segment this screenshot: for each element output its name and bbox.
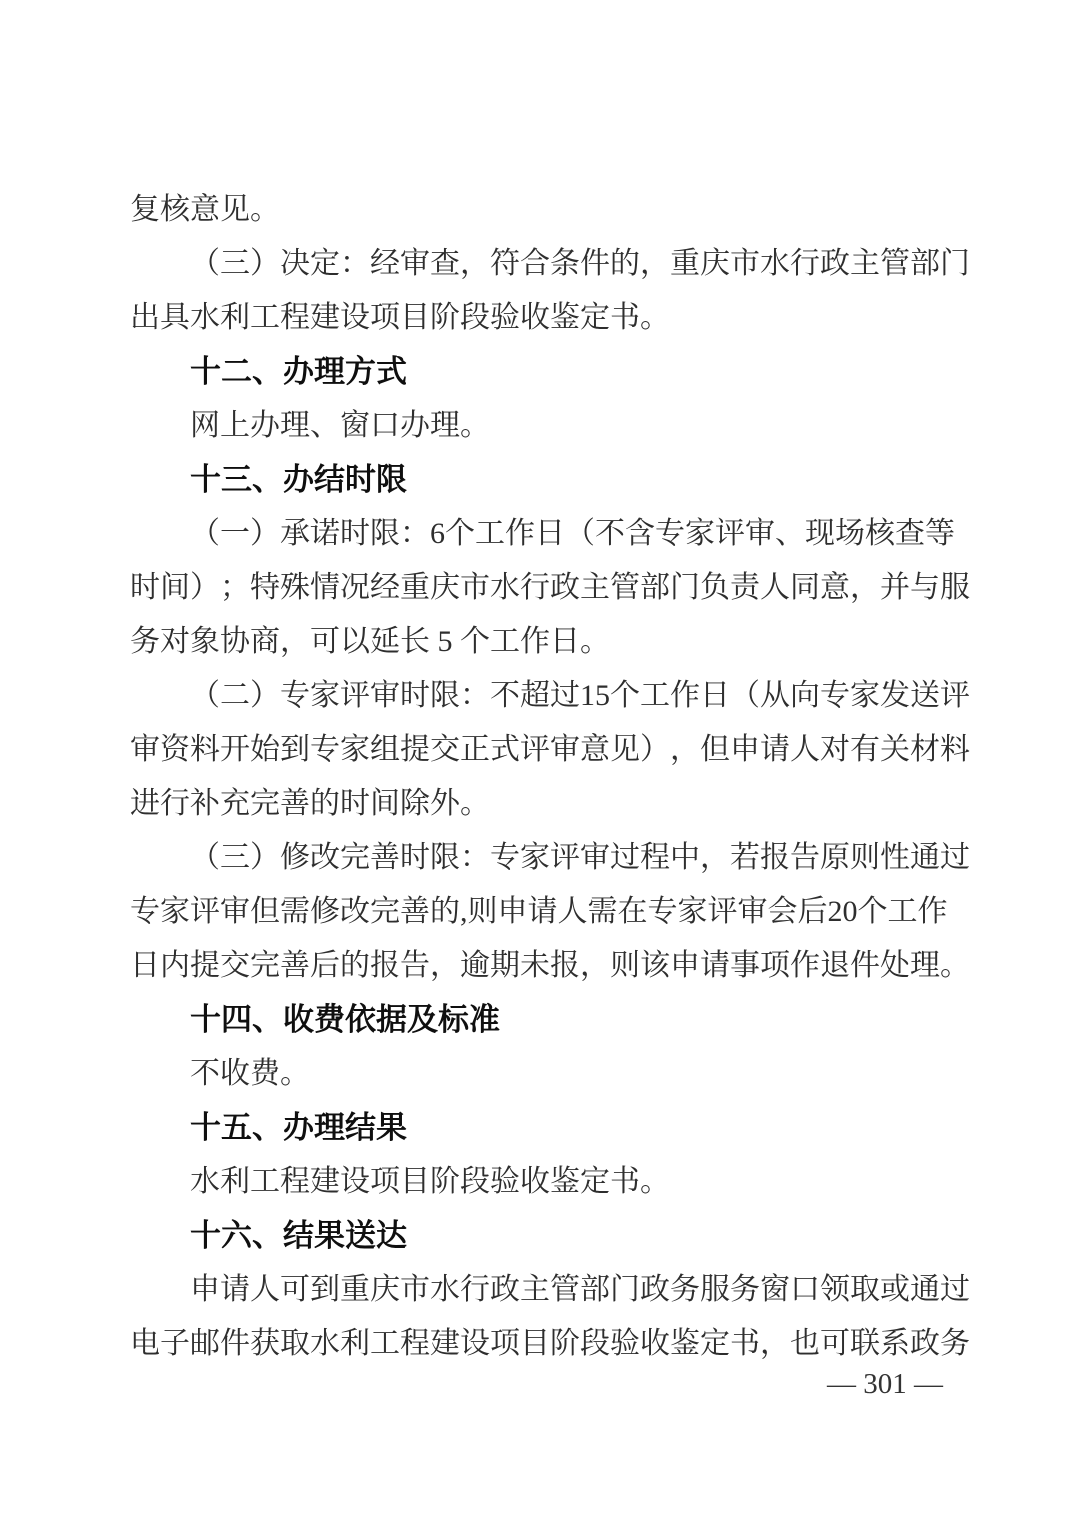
glyph: 责 <box>730 561 760 615</box>
glyph: 料 <box>940 723 970 777</box>
glyph: 过 <box>550 669 580 723</box>
glyph: ： <box>400 507 430 561</box>
glyph: 中 <box>670 831 700 885</box>
document-page: 复核意见。（三）决定：经审查，符合条件的，重庆市水行政主管部门出具水利工程建设项… <box>0 0 1074 1520</box>
body-text-line: 出具水利工程建设项目阶段验收鉴定书。 <box>130 291 943 345</box>
glyph: 程 <box>640 831 670 885</box>
glyph: 庆 <box>430 561 460 615</box>
glyph: 庆 <box>700 237 730 291</box>
glyph: 在 <box>618 885 648 939</box>
glyph: 等 <box>925 507 955 561</box>
glyph: 管 <box>880 237 910 291</box>
glyph: 的, <box>430 885 468 939</box>
glyph: 务 <box>730 1263 760 1317</box>
glyph: 水 <box>490 561 520 615</box>
glyph: （ <box>565 507 595 561</box>
glyph: 件 <box>220 1317 250 1371</box>
glyph: 则 <box>468 885 498 939</box>
glyph: 重 <box>340 1263 370 1317</box>
glyph: 会 <box>768 885 798 939</box>
glyph: 个 <box>858 885 888 939</box>
glyph: 料 <box>190 723 220 777</box>
glyph: 审 <box>550 723 580 777</box>
glyph: 事 <box>730 939 760 993</box>
glyph: ： <box>460 669 490 723</box>
glyph: 承 <box>280 507 310 561</box>
glyph: 评 <box>940 669 970 723</box>
glyph: 服 <box>940 561 970 615</box>
glyph: 人 <box>250 1263 280 1317</box>
glyph: 理 <box>910 939 940 993</box>
glyph: 专 <box>490 831 520 885</box>
glyph: 家 <box>160 885 190 939</box>
glyph: ， <box>700 831 730 885</box>
glyph: 作 <box>670 669 700 723</box>
glyph: 门 <box>940 237 970 291</box>
glyph: 材 <box>910 723 940 777</box>
glyph: 家 <box>520 831 550 885</box>
glyph: 完 <box>250 939 280 993</box>
glyph: ， <box>460 237 490 291</box>
glyph: ， <box>580 939 610 993</box>
glyph: 后 <box>310 939 340 993</box>
glyph: 审 <box>220 885 250 939</box>
glyph: 请 <box>220 1263 250 1317</box>
glyph: 提 <box>400 723 430 777</box>
glyph: 家 <box>310 669 340 723</box>
glyph: 作 <box>790 939 820 993</box>
glyph: 意 <box>820 561 850 615</box>
glyph: 发 <box>880 669 910 723</box>
glyph: 殊 <box>280 561 310 615</box>
glyph: 建 <box>430 1317 460 1371</box>
glyph: ， <box>640 237 670 291</box>
glyph: 限 <box>430 669 460 723</box>
body-text-line: （三）决定：经审查，符合条件的，重庆市水行政主管部门 <box>130 237 943 291</box>
glyph: 请 <box>528 885 558 939</box>
glyph: 日 <box>130 939 160 993</box>
glyph: 政 <box>820 237 850 291</box>
glyph: 管 <box>550 1263 580 1317</box>
glyph: 提 <box>190 939 220 993</box>
glyph: 也 <box>790 1317 820 1371</box>
glyph: ， <box>760 1317 790 1371</box>
glyph: 市 <box>400 1263 430 1317</box>
glyph: 审 <box>580 831 610 885</box>
glyph: 修 <box>280 831 310 885</box>
glyph: 门 <box>610 1263 640 1317</box>
glyph: 作 <box>505 507 535 561</box>
body-text-line: 时间）；特殊情况经重庆市水行政主管部门负责人同意，并与服 <box>130 561 943 615</box>
glyph: 查 <box>430 237 460 291</box>
glyph: ） <box>250 831 280 885</box>
body-text-line: （三）修改完善时限：专家评审过程中，若报告原则性通过 <box>130 831 943 885</box>
body-text-line: 务对象协商，可以延长 5 个工作日。 <box>130 615 943 669</box>
glyph: 性 <box>880 831 910 885</box>
glyph: 向 <box>790 669 820 723</box>
glyph: 电 <box>130 1317 160 1371</box>
glyph: 专 <box>820 669 850 723</box>
glyph: 阶 <box>550 1317 580 1371</box>
glyph: 水 <box>760 237 790 291</box>
glyph: 到 <box>280 723 310 777</box>
body-text-line: 专家评审但需修改完善的,则申请人需在专家评审会后20个工作 <box>130 885 943 939</box>
glyph: 书 <box>730 1317 760 1371</box>
glyph: 对 <box>820 723 850 777</box>
glyph: 或 <box>880 1263 910 1317</box>
glyph: 过 <box>610 831 640 885</box>
glyph: 邮 <box>190 1317 220 1371</box>
glyph: 工 <box>370 1317 400 1371</box>
glyph: 定 <box>700 1317 730 1371</box>
glyph: 请 <box>760 723 790 777</box>
glyph: 正 <box>460 723 490 777</box>
glyph: 现 <box>805 507 835 561</box>
glyph: 作 <box>918 885 948 939</box>
glyph: 市 <box>460 561 490 615</box>
glyph: 的 <box>340 939 370 993</box>
glyph: 限 <box>430 831 460 885</box>
section-heading: 十六、结果送达 <box>130 1209 943 1263</box>
glyph: 件 <box>580 237 610 291</box>
glyph: 不 <box>595 507 625 561</box>
glyph: 部 <box>910 237 940 291</box>
glyph: 部 <box>580 1263 610 1317</box>
glyph: 核 <box>865 507 895 561</box>
glyph: 三 <box>220 237 250 291</box>
glyph: 场 <box>835 507 865 561</box>
glyph: 经 <box>370 561 400 615</box>
glyph: 善 <box>400 885 430 939</box>
glyph: 时 <box>340 507 370 561</box>
glyph: 通 <box>910 1263 940 1317</box>
glyph: 管 <box>610 561 640 615</box>
section-heading: 十三、办结时限 <box>130 453 943 507</box>
glyph: 二 <box>220 669 250 723</box>
document-body: 复核意见。（三）决定：经审查，符合条件的，重庆市水行政主管部门出具水利工程建设项… <box>130 183 943 1371</box>
glyph: 政 <box>640 1263 670 1317</box>
glyph: 水 <box>430 1263 460 1317</box>
glyph: 政 <box>490 1263 520 1317</box>
glyph: 资 <box>160 723 190 777</box>
glyph: 政 <box>550 561 580 615</box>
glyph: 不 <box>490 669 520 723</box>
glyph: 送 <box>910 669 940 723</box>
glyph: 人 <box>790 723 820 777</box>
glyph: 审 <box>400 237 430 291</box>
glyph: 报 <box>370 939 400 993</box>
glyph: 超 <box>520 669 550 723</box>
glyph: 同 <box>790 561 820 615</box>
glyph: 6 <box>430 507 445 561</box>
glyph: 重 <box>670 237 700 291</box>
glyph: 主 <box>580 561 610 615</box>
glyph: ） <box>250 507 280 561</box>
glyph: 处 <box>880 939 910 993</box>
glyph: 负 <box>700 561 730 615</box>
glyph: 见 <box>610 723 640 777</box>
glyph: 况 <box>340 561 370 615</box>
glyph: （ <box>190 507 220 561</box>
page-number: — 301 — <box>827 1362 943 1406</box>
glyph: 与 <box>910 561 940 615</box>
glyph: 服 <box>700 1263 730 1317</box>
glyph: 期 <box>490 939 520 993</box>
glyph: 式 <box>490 723 520 777</box>
glyph: 审 <box>370 669 400 723</box>
glyph: 程 <box>400 1317 430 1371</box>
glyph: 告 <box>790 831 820 885</box>
glyph: 组 <box>370 723 400 777</box>
glyph: 内 <box>160 939 190 993</box>
glyph: 验 <box>610 1317 640 1371</box>
glyph: 家 <box>850 669 880 723</box>
glyph: 人 <box>558 885 588 939</box>
glyph: 三 <box>220 831 250 885</box>
glyph: ： <box>460 831 490 885</box>
glyph: 含 <box>625 507 655 561</box>
glyph: （ <box>190 237 220 291</box>
body-text-line: 审资料开始到专家组提交正式评审意见），但申请人对有关材料 <box>130 723 943 777</box>
glyph: 一 <box>220 507 250 561</box>
glyph: 决 <box>280 237 310 291</box>
glyph: ： <box>340 237 370 291</box>
glyph: ） <box>640 723 670 777</box>
glyph: 情 <box>310 561 340 615</box>
glyph: 日 <box>535 507 565 561</box>
glyph: 申 <box>730 723 760 777</box>
glyph: 、 <box>775 507 805 561</box>
glyph: 过 <box>940 1263 970 1317</box>
glyph: 审 <box>130 723 160 777</box>
glyph: 专 <box>655 507 685 561</box>
glyph: 该 <box>640 939 670 993</box>
glyph: 审 <box>738 885 768 939</box>
body-text-line: 日内提交完善后的报告，逾期未报，则该申请事项作退件处理。 <box>130 939 943 993</box>
glyph: 行 <box>460 1263 490 1317</box>
glyph: 间 <box>160 561 190 615</box>
glyph: 利 <box>340 1317 370 1371</box>
glyph: 。 <box>940 939 970 993</box>
glyph: 设 <box>460 1317 490 1371</box>
glyph: 20 <box>828 885 858 939</box>
glyph: 申 <box>190 1263 220 1317</box>
glyph: 务 <box>670 1263 700 1317</box>
glyph: 条 <box>550 237 580 291</box>
glyph: 窗 <box>760 1263 790 1317</box>
glyph: 工 <box>640 669 670 723</box>
body-text-line: 电子邮件获取水利工程建设项目阶段验收鉴定书，也可联系政务 <box>130 1317 943 1371</box>
glyph: 始 <box>250 723 280 777</box>
glyph: 主 <box>520 1263 550 1317</box>
glyph: 评 <box>340 669 370 723</box>
body-text-line: 不收费。 <box>130 1047 943 1101</box>
glyph: 则 <box>610 939 640 993</box>
glyph: 专 <box>130 885 160 939</box>
glyph: 时 <box>130 561 160 615</box>
glyph: 口 <box>790 1263 820 1317</box>
glyph: 务 <box>940 1317 970 1371</box>
glyph: 评 <box>708 885 738 939</box>
glyph: ） <box>250 237 280 291</box>
glyph: 部 <box>640 561 670 615</box>
glyph: 退 <box>820 939 850 993</box>
body-text-line: （二）专家评审时限：不超过15个工作日（从向专家发送评 <box>130 669 943 723</box>
glyph: 交 <box>220 939 250 993</box>
glyph: 门 <box>670 561 700 615</box>
glyph: 查 <box>895 507 925 561</box>
glyph: 但 <box>250 885 280 939</box>
glyph: 重 <box>400 561 430 615</box>
body-text-line: 进行补充完善的时间除外。 <box>130 777 943 831</box>
body-text-line: 申请人可到重庆市水行政主管部门政务服务窗口领取或通过 <box>130 1263 943 1317</box>
glyph: 人 <box>760 561 790 615</box>
glyph: 到 <box>310 1263 340 1317</box>
glyph: 鉴 <box>670 1317 700 1371</box>
glyph: 审 <box>745 507 775 561</box>
glyph: ， <box>850 561 880 615</box>
glyph: 水 <box>310 1317 340 1371</box>
glyph: 但 <box>700 723 730 777</box>
glyph: 获 <box>250 1317 280 1371</box>
glyph: 领 <box>820 1263 850 1317</box>
glyph: 符 <box>490 237 520 291</box>
glyph: 个 <box>445 507 475 561</box>
glyph: 个 <box>610 669 640 723</box>
glyph: 合 <box>520 237 550 291</box>
glyph: 需 <box>280 885 310 939</box>
glyph: 完 <box>370 885 400 939</box>
section-heading: 十二、办理方式 <box>130 345 943 399</box>
glyph: 诺 <box>310 507 340 561</box>
glyph: 完 <box>340 831 370 885</box>
body-text-line: 水利工程建设项目阶段验收鉴定书。 <box>130 1155 943 1209</box>
glyph: 可 <box>280 1263 310 1317</box>
glyph: 从 <box>760 669 790 723</box>
glyph: 原 <box>820 831 850 885</box>
glyph: 善 <box>280 939 310 993</box>
section-heading: 十四、收费依据及标准 <box>130 993 943 1047</box>
glyph: 段 <box>580 1317 610 1371</box>
glyph: 项 <box>490 1317 520 1371</box>
glyph: 报 <box>550 939 580 993</box>
glyph: 请 <box>700 939 730 993</box>
glyph: 告 <box>400 939 430 993</box>
glyph: 特 <box>250 561 280 615</box>
glyph: 定 <box>310 237 340 291</box>
glyph: 改 <box>340 885 370 939</box>
glyph: 需 <box>588 885 618 939</box>
glyph: 家 <box>340 723 370 777</box>
glyph: 收 <box>640 1317 670 1371</box>
glyph: 评 <box>550 831 580 885</box>
glyph: 工 <box>475 507 505 561</box>
glyph: 限 <box>370 507 400 561</box>
glyph: 关 <box>880 723 910 777</box>
glyph: 项 <box>760 939 790 993</box>
glyph: 专 <box>310 723 340 777</box>
glyph: 改 <box>310 831 340 885</box>
glyph: 专 <box>280 669 310 723</box>
glyph: ； <box>220 561 250 615</box>
glyph: ， <box>430 939 460 993</box>
glyph: （ <box>190 669 220 723</box>
glyph: 意 <box>580 723 610 777</box>
glyph: 修 <box>310 885 340 939</box>
glyph: 报 <box>760 831 790 885</box>
section-heading: 十五、办理结果 <box>130 1101 943 1155</box>
glyph: 取 <box>850 1263 880 1317</box>
body-text-line: （一）承诺时限：6个工作日（不含专家评审、现场核查等 <box>130 507 943 561</box>
body-text-line: 网上办理、窗口办理。 <box>130 399 943 453</box>
glyph: 有 <box>850 723 880 777</box>
glyph: 评 <box>715 507 745 561</box>
glyph: 评 <box>520 723 550 777</box>
glyph: 逾 <box>460 939 490 993</box>
glyph: 市 <box>730 237 760 291</box>
glyph: 经 <box>370 237 400 291</box>
glyph: ） <box>190 561 220 615</box>
glyph: 则 <box>850 831 880 885</box>
glyph: 开 <box>220 723 250 777</box>
glyph: 善 <box>370 831 400 885</box>
glyph: 后 <box>798 885 828 939</box>
glyph: ， <box>670 723 700 777</box>
glyph: 申 <box>670 939 700 993</box>
glyph: 件 <box>850 939 880 993</box>
glyph: 日 <box>700 669 730 723</box>
glyph: 的 <box>610 237 640 291</box>
glyph: 过 <box>940 831 970 885</box>
glyph: 时 <box>400 669 430 723</box>
glyph: 通 <box>910 831 940 885</box>
glyph: 工 <box>888 885 918 939</box>
glyph: 家 <box>685 507 715 561</box>
glyph: 庆 <box>370 1263 400 1317</box>
glyph: 专 <box>648 885 678 939</box>
glyph: 15 <box>580 669 610 723</box>
glyph: 申 <box>498 885 528 939</box>
glyph: 交 <box>430 723 460 777</box>
glyph: 家 <box>678 885 708 939</box>
glyph: 未 <box>520 939 550 993</box>
glyph: 行 <box>520 561 550 615</box>
glyph: 目 <box>520 1317 550 1371</box>
glyph: 若 <box>730 831 760 885</box>
body-text-line: 复核意见。 <box>130 183 943 237</box>
glyph: 行 <box>790 237 820 291</box>
glyph: 子 <box>160 1317 190 1371</box>
glyph: 评 <box>190 885 220 939</box>
glyph: 取 <box>280 1317 310 1371</box>
glyph: 时 <box>400 831 430 885</box>
glyph: 主 <box>850 237 880 291</box>
glyph: 并 <box>880 561 910 615</box>
glyph: （ <box>190 831 220 885</box>
glyph: ） <box>250 669 280 723</box>
glyph: （ <box>730 669 760 723</box>
